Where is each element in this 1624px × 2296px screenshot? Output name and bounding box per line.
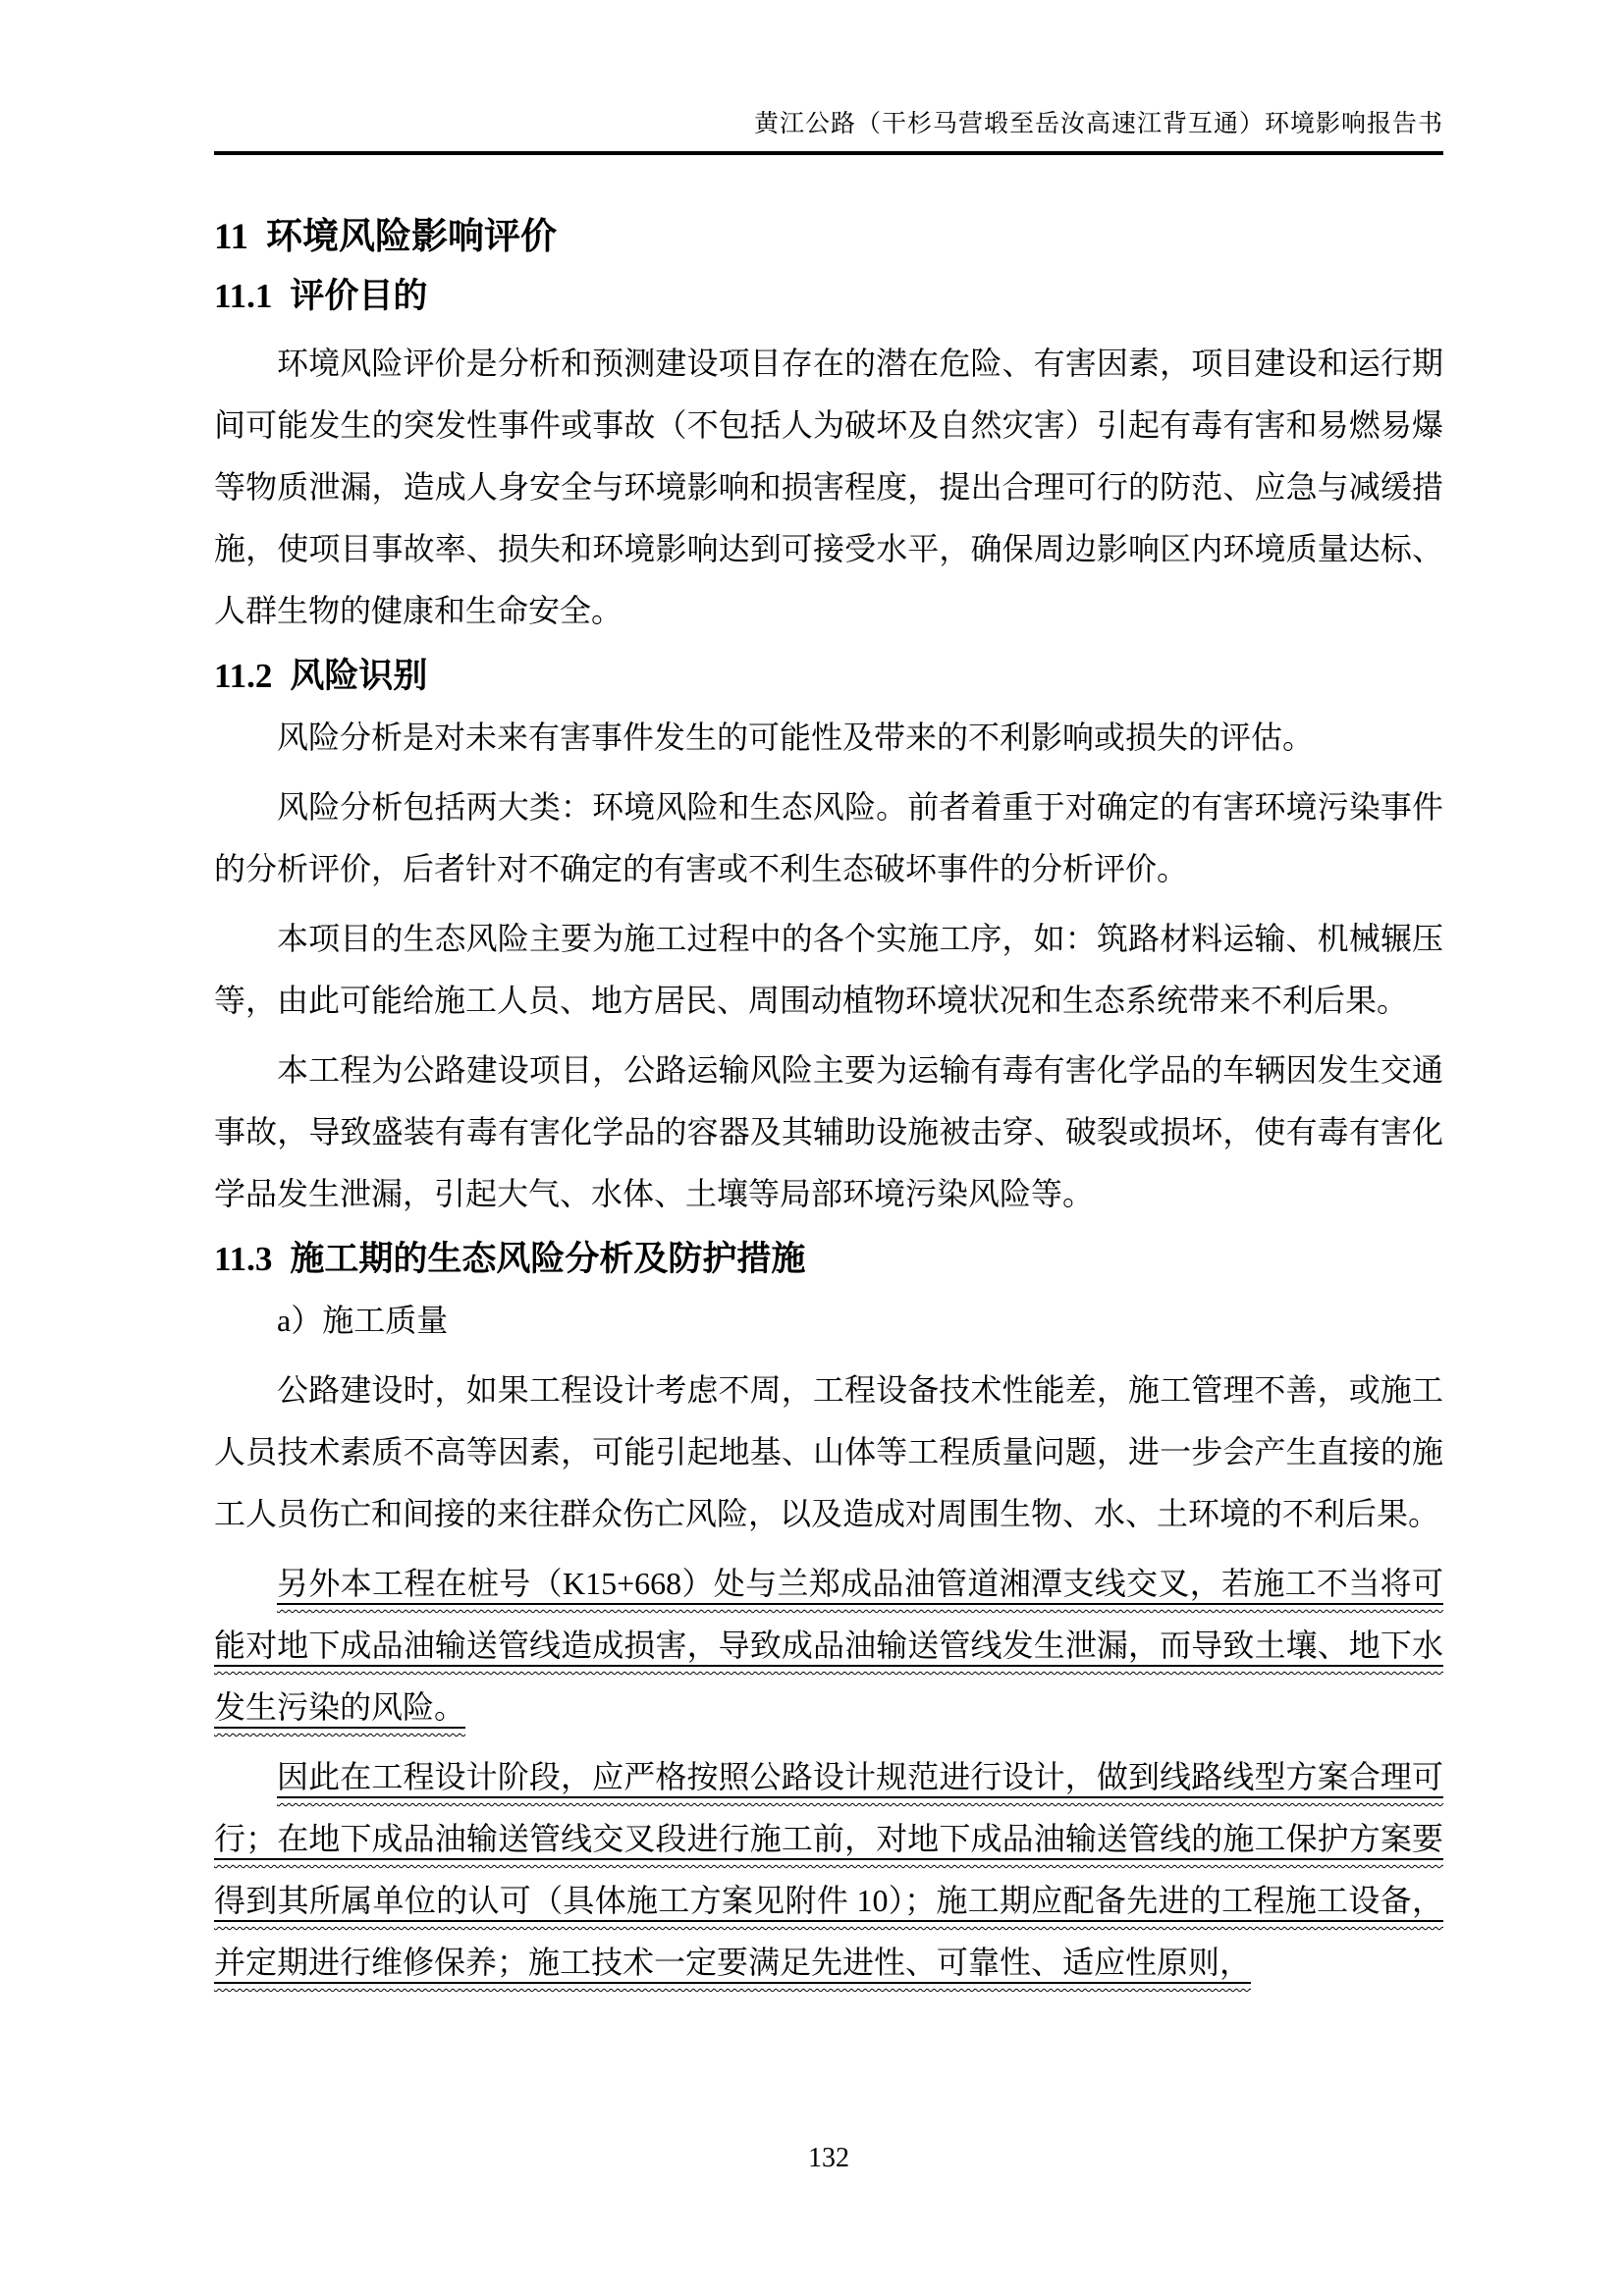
section-title: 风险识别 [290, 657, 427, 695]
paragraph: 风险分析是对未来有害事件发生的可能性及带来的不利影响或损失的评估。 [214, 707, 1443, 769]
document-page: 黄江公路（干杉马营塅至岳汝高速江背互通）环境影响报告书 11环境风险影响评价 1… [0, 0, 1624, 2296]
paragraph: 环境风险评价是分析和预测建设项目存在的潜在危险、有害因素，项目建设和运行期间可能… [214, 333, 1443, 642]
header-rule [214, 151, 1443, 155]
section-heading-11-1: 11.1评价目的 [214, 274, 1443, 319]
paragraph: 本项目的生态风险主要为施工过程中的各个实施工序，如：筑路材料运输、机械辗压等，由… [214, 908, 1443, 1032]
underlined-text: 因此在工程设计阶段，应严格按照公路设计规范进行设计，做到线路线型方案合理可行；在… [214, 1759, 1443, 1980]
header-title: 黄江公路（干杉马营塅至岳汝高速江背互通）环境影响报告书 [214, 110, 1443, 139]
page-footer: 132 [214, 2143, 1443, 2174]
page-header: 黄江公路（干杉马营塅至岳汝高速江背互通）环境影响报告书 [214, 110, 1443, 155]
paragraph: 风险分析包括两大类：环境风险和生态风险。前者着重于对确定的有害环境污染事件的分析… [214, 776, 1443, 900]
section-title: 施工期的生态风险分析及防护措施 [290, 1240, 805, 1278]
underlined-paragraph: 因此在工程设计阶段，应严格按照公路设计规范进行设计，做到线路线型方案合理可行；在… [214, 1746, 1443, 1994]
paragraph: 公路建设时，如果工程设计考虑不周，工程设备技术性能差，施工管理不善，或施工人员技… [214, 1360, 1443, 1545]
section-number: 11.3 [214, 1240, 272, 1278]
section-title: 评价目的 [290, 277, 427, 315]
chapter-title: 环境风险影响评价 [266, 216, 557, 256]
subitem-heading: a）施工质量 [214, 1290, 1443, 1352]
section-number: 11.1 [214, 277, 272, 315]
paragraph: 本工程为公路建设项目，公路运输风险主要为运输有毒有害化学品的车辆因发生交通事故，… [214, 1040, 1443, 1225]
chapter-number: 11 [214, 217, 248, 257]
section-heading-11-2: 11.2风险识别 [214, 654, 1443, 699]
section-number: 11.2 [214, 657, 272, 695]
underlined-text: 另外本工程在桩号（K15+668）处与兰郑成品油管道湘潭支线交叉，若施工不当将可… [214, 1566, 1443, 1725]
section-heading-11-3: 11.3施工期的生态风险分析及防护措施 [214, 1237, 1443, 1282]
underlined-paragraph: 另外本工程在桩号（K15+668）处与兰郑成品油管道湘潭支线交叉，若施工不当将可… [214, 1553, 1443, 1738]
page-number: 132 [808, 2143, 849, 2173]
chapter-heading: 11环境风险影响评价 [214, 212, 1443, 262]
page-column: 黄江公路（干杉马营塅至岳汝高速江背互通）环境影响报告书 11环境风险影响评价 1… [214, 110, 1443, 1994]
